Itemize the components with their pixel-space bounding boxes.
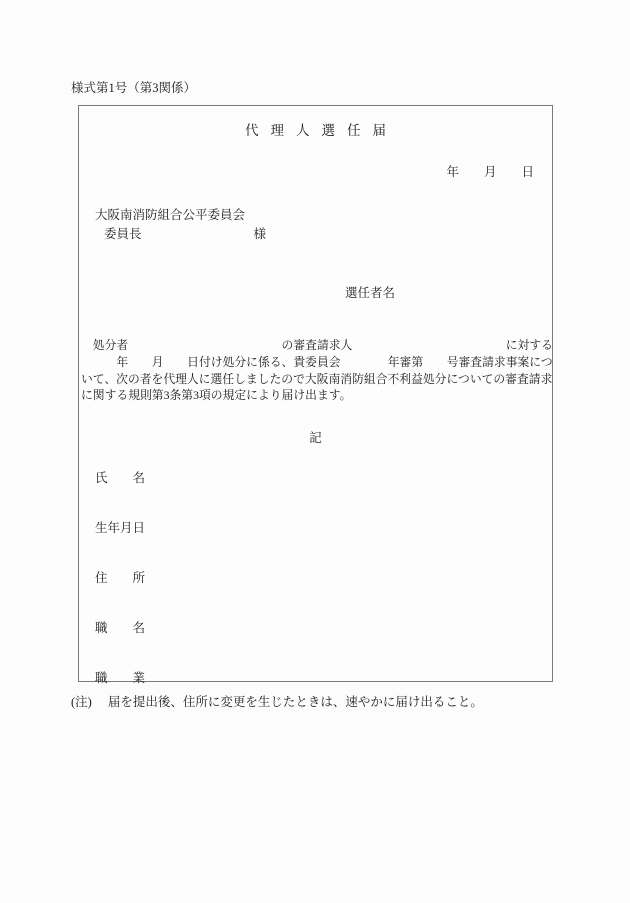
body-line-4: に関する規則第3条第3項の規定により届け出ます。 [81,387,552,404]
date-line: 年 月 日 [446,162,534,180]
field-position-label: 職 名 [95,618,145,636]
body-paragraph: 処分者 の審査請求人 に対する 年 月 日付け処分に係る、貴委員会 年審第 号審… [81,337,552,404]
form-box: 代理人選任届 年 月 日 大阪南消防組合公平委員会 委員長様 選任者名 処分者 … [78,105,553,682]
body-line-1: 処分者 の審査請求人 に対する [81,337,552,354]
addressee-organization: 大阪南消防組合公平委員会 [95,206,266,225]
form-number-label: 様式第1号（第3関係） [71,78,196,96]
addressee-honorific: 様 [254,227,267,241]
page: { "page": { "form_label": "様式第1号（第3関係）" … [0,0,630,903]
addressee-chair-label: 委員長 [104,227,142,241]
record-fields-list: 氏 名 生年月日 住 所 職 名 職 業 [95,468,145,686]
field-occupation-label: 職 業 [95,668,145,686]
addressee-chair-line: 委員長様 [104,225,266,244]
body-line-2: 年 月 日付け処分に係る、貴委員会 年審第 号審査請求事案につ [81,354,552,371]
field-address-label: 住 所 [95,568,145,586]
addressee-block: 大阪南消防組合公平委員会 委員長様 [95,206,266,244]
appointer-name-label: 選任者名 [345,283,395,301]
record-heading: 記 [79,428,552,446]
field-name-label: 氏 名 [95,468,145,486]
footnote-label: (注) [71,695,92,709]
form-title: 代理人選任届 [79,119,552,139]
footnote-text: 届を提出後、住所に変更を生じたときは、速やかに届け出ること。 [108,695,483,709]
body-line-3: いて、次の者を代理人に選任しましたので大阪南消防組合不利益処分についての審査請求 [81,371,552,388]
field-birthdate-label: 生年月日 [95,518,145,536]
footnote: (注)届を提出後、住所に変更を生じたときは、速やかに届け出ること。 [71,692,483,710]
